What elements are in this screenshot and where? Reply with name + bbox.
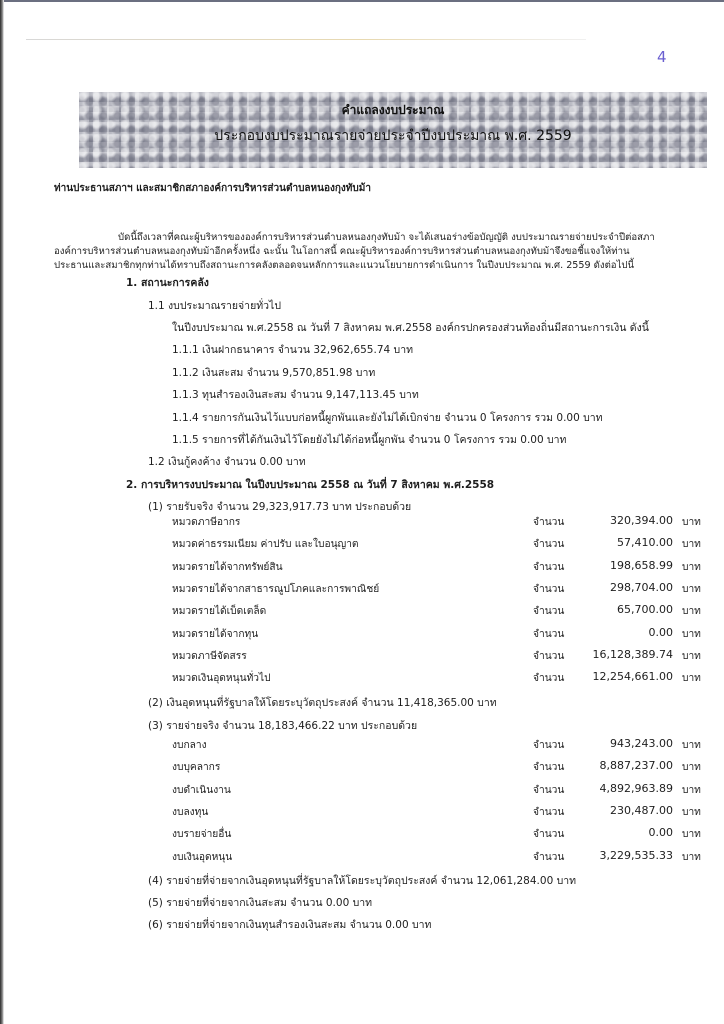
intro-line-2: องค์การบริหารส่วนตำบลหนองกุงทับม้าอีกครั…: [54, 245, 630, 259]
row-label: หมวดรายได้จากทุน: [172, 626, 258, 642]
amount-word: จำนวน: [533, 849, 564, 865]
row-value: 65,700.00: [575, 603, 673, 616]
amount-word: จำนวน: [533, 782, 564, 798]
row-value: 0.00: [575, 826, 673, 839]
amount-word: จำนวน: [533, 737, 564, 753]
row-value: 16,128,389.74: [575, 648, 673, 661]
row-label: หมวดรายได้จากทรัพย์สิน: [172, 559, 283, 575]
row-label: งบเงินอุดหนุน: [172, 849, 232, 865]
handwritten-page-number: 4: [657, 48, 667, 66]
row-value: 12,254,661.00: [575, 670, 673, 683]
section1-1-heading: 1.1 งบประมาณรายจ่ายทั่วไป: [148, 299, 281, 313]
currency-word: บาท: [682, 648, 701, 664]
item-4: (4) รายจ่ายที่จ่ายจากเงินอุดหนุนที่รัฐบา…: [148, 874, 576, 888]
amount-word: จำนวน: [533, 626, 564, 642]
row-label: งบดำเนินงาน: [172, 782, 231, 798]
amount-word: จำนวน: [533, 559, 564, 575]
row-label: หมวดรายได้จากสาธารณูปโภคและการพาณิชย์: [172, 581, 379, 597]
row-value: 4,892,963.89: [575, 782, 673, 795]
row-value: 8,887,237.00: [575, 759, 673, 772]
row-value: 230,487.00: [575, 804, 673, 817]
row-label: งบบุคลากร: [172, 759, 220, 775]
row-value: 298,704.00: [575, 581, 673, 594]
currency-word: บาท: [682, 670, 701, 686]
page-edge-left: [0, 0, 4, 1024]
row-label: หมวดภาษีอากร: [172, 514, 240, 530]
intro-line-3: ประธานและสมาชิกทุกท่านได้ทราบถึงสถานะการ…: [54, 259, 634, 273]
row-label: หมวดเงินอุดหนุนทั่วไป: [172, 670, 271, 686]
section1-item-4: 1.1.4 รายการกันเงินไว้แบบก่อหนี้ผูกพันแล…: [172, 411, 603, 425]
currency-word: บาท: [682, 782, 701, 798]
currency-word: บาท: [682, 536, 701, 552]
amount-word: จำนวน: [533, 603, 564, 619]
amount-word: จำนวน: [533, 581, 564, 597]
row-value: 943,243.00: [575, 737, 673, 750]
document-subtitle: ประกอบงบประมาณรายจ่ายประจำปีงบประมาณ พ.ศ…: [79, 125, 707, 147]
amount-word: จำนวน: [533, 536, 564, 552]
row-value: 57,410.00: [575, 536, 673, 549]
row-label: งบรายจ่ายอื่น: [172, 826, 231, 842]
row-label: งบกลาง: [172, 737, 207, 753]
expense-heading: (3) รายจ่ายจริง จำนวน 18,183,466.22 บาท …: [148, 719, 417, 733]
item-6: (6) รายจ่ายที่จ่ายจากเงินทุนสำรองเงินสะส…: [148, 918, 431, 932]
title-banner: คำแถลงงบประมาณ ประกอบงบประมาณรายจ่ายประจ…: [79, 92, 707, 168]
currency-word: บาท: [682, 559, 701, 575]
section1-2: 1.2 เงินกู้คงค้าง จำนวน 0.00 บาท: [148, 455, 306, 469]
amount-word: จำนวน: [533, 804, 564, 820]
revenue-heading: (1) รายรับจริง จำนวน 29,323,917.73 บาท ป…: [148, 500, 411, 514]
row-label: หมวดรายได้เบ็ดเตล็ด: [172, 603, 266, 619]
page-edge-top: [0, 0, 724, 2]
row-label: หมวดค่าธรรมเนียม ค่าปรับ และใบอนุญาต: [172, 536, 359, 552]
currency-word: บาท: [682, 826, 701, 842]
section2-heading: 2. การบริหารงบประมาณ ในปีงบประมาณ 2558 ณ…: [126, 478, 494, 492]
currency-word: บาท: [682, 514, 701, 530]
section1-item-3: 1.1.3 ทุนสำรองเงินสะสม จำนวน 9,147,113.4…: [172, 388, 419, 402]
currency-word: บาท: [682, 581, 701, 597]
amount-word: จำนวน: [533, 759, 564, 775]
section1-heading: 1. สถานะการคลัง: [126, 276, 209, 290]
addressee: ท่านประธานสภาฯ และสมาชิกสภาองค์การบริหาร…: [54, 182, 371, 196]
subsidy-line: (2) เงินอุดหนุนที่รัฐบาลให้โดยระบุวัตถุป…: [148, 696, 497, 710]
section1-item-5: 1.1.5 รายการที่ได้กันเงินไว้โดยยังไม่ได้…: [172, 433, 566, 447]
item-5: (5) รายจ่ายที่จ่ายจากเงินสะสม จำนวน 0.00…: [148, 896, 372, 910]
row-value: 0.00: [575, 626, 673, 639]
currency-word: บาท: [682, 626, 701, 642]
row-label: หมวดภาษีจัดสรร: [172, 648, 247, 664]
intro-line-1: บัดนี้ถึงเวลาที่คณะผู้บริหารขององค์การบร…: [118, 231, 655, 245]
section1-1-intro: ในปีงบประมาณ พ.ศ.2558 ณ วันที่ 7 สิงหาคม…: [172, 321, 649, 335]
scan-artifact-line: [26, 39, 586, 40]
amount-word: จำนวน: [533, 514, 564, 530]
document-title: คำแถลงงบประมาณ: [79, 101, 707, 120]
section1-item-1: 1.1.1 เงินฝากธนาคาร จำนวน 32,962,655.74 …: [172, 343, 413, 357]
currency-word: บาท: [682, 804, 701, 820]
section1-item-2: 1.1.2 เงินสะสม จำนวน 9,570,851.98 บาท: [172, 366, 375, 380]
amount-word: จำนวน: [533, 648, 564, 664]
currency-word: บาท: [682, 849, 701, 865]
amount-word: จำนวน: [533, 826, 564, 842]
currency-word: บาท: [682, 603, 701, 619]
currency-word: บาท: [682, 737, 701, 753]
row-label: งบลงทุน: [172, 804, 208, 820]
currency-word: บาท: [682, 759, 701, 775]
row-value: 320,394.00: [575, 514, 673, 527]
row-value: 3,229,535.33: [575, 849, 673, 862]
amount-word: จำนวน: [533, 670, 564, 686]
row-value: 198,658.99: [575, 559, 673, 572]
